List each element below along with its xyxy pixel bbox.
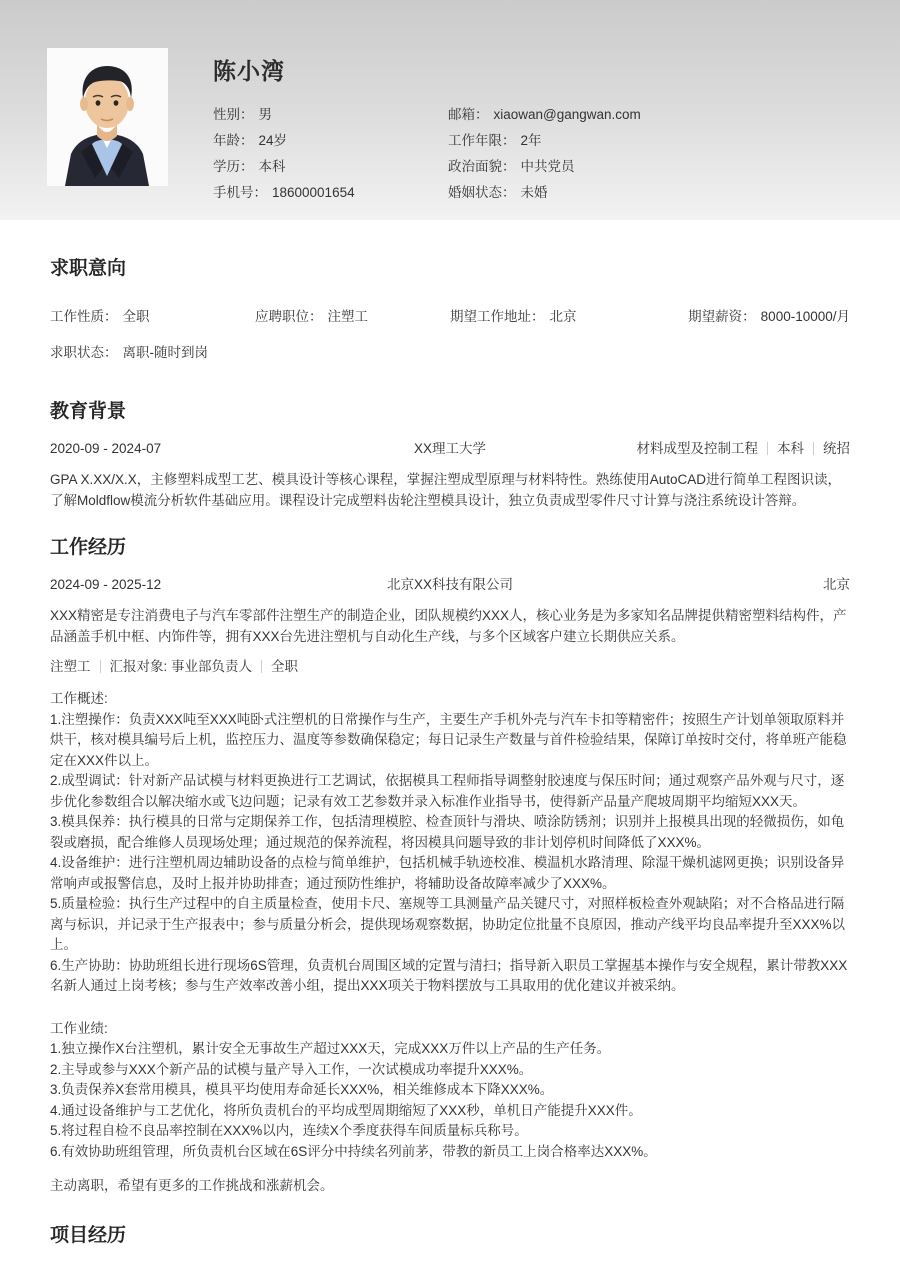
work-period: 2024-09 - 2025-12 [50,576,290,593]
field-label: 政治面貌： [448,159,516,174]
resume-page: 陈小湾 性别：男 邮箱：xiaowan@gangwan.com 年龄：24岁 工… [0,0,900,1275]
work-overview-item: 6.生产协助：协助班组长进行现场6S管理，负责机台周围区域的定置与清扫；指导新入… [50,956,850,997]
work-achievement-item: 5.将过程自检不良品率控制在XXX%以内，连续X个季度获得车间质量标兵称号。 [50,1121,850,1142]
field-value: 18600001654 [272,185,355,200]
field-label: 手机号： [213,185,267,200]
work-overview-item: 1.注塑操作：负责XXX吨至XXX吨卧式注塑机的日常操作与生产，主要生产手机外壳… [50,710,850,772]
field-value: 全职 [123,309,150,324]
divider [261,660,262,673]
section-title-work: 工作经历 [50,535,850,561]
field-value: 24岁 [259,133,288,148]
field-degree: 学历：本科 [213,158,448,175]
resume-header: 陈小湾 性别：男 邮箱：xiaowan@gangwan.com 年龄：24岁 工… [0,0,900,220]
header-fields: 性别：男 邮箱：xiaowan@gangwan.com 年龄：24岁 工作年限：… [213,106,850,201]
work-overview: 工作概述: 1.注塑操作：负责XXX吨至XXX吨卧式注塑机的日常操作与生产，主要… [50,689,850,997]
field-target-location: 期望工作地址：北京 [450,308,675,325]
divider [100,660,101,673]
field-value: 本科 [259,159,286,174]
job-title-line: 注塑工 汇报对象: 事业部负责人 全职 [50,658,850,675]
field-value: 中共党员 [521,159,575,174]
field-value: 8000-10000/月 [761,309,850,324]
section-education: 教育背景 2020-09 - 2024-07 XX理工大学 材料成型及控制工程 … [50,399,850,511]
field-label: 期望薪资： [688,309,756,324]
work-achievement-item: 6.有效协助班组管理，所负责机台区域在6S评分中持续名列前茅，带教的新员工上岗合… [50,1142,850,1163]
work-location: 北京 [610,576,850,593]
field-value: 男 [259,107,273,122]
work-overview-item: 5.质量检验：执行生产过程中的自主质量检查，使用卡尺、塞规等工具测量产品关键尺寸… [50,894,850,956]
header-info: 陈小湾 性别：男 邮箱：xiaowan@gangwan.com 年龄：24岁 工… [213,53,850,201]
field-label: 期望工作地址： [450,309,545,324]
education-degree: 本科 [777,440,804,457]
education-qualifications: 材料成型及控制工程 本科 统招 [610,440,850,457]
work-achievement-item: 4.通过设备维护与工艺优化，将所负责机台的平均成型周期缩短了XXX秒，单机日产能… [50,1101,850,1122]
field-expected-salary: 期望薪资：8000-10000/月 [675,308,850,325]
work-achievement-item: 2.主导或参与XXX个新产品的试模与量产导入工作，一次试模成功率提升XXX%。 [50,1060,850,1081]
work-overview-item: 3.模具保养：执行模具的日常与定期保养工作，包括清理模腔、检查顶针与滑块、喷涂防… [50,812,850,853]
company-intro: XXX精密是专注消费电子与汽车零部件注塑生产的制造企业，团队规模约XXX人，核心… [50,606,850,647]
field-phone: 手机号：18600001654 [213,184,448,201]
field-value: 2年 [521,133,542,148]
resume-body: 求职意向 工作性质：全职 应聘职位：注塑工 期望工作地址：北京 期望薪资：800… [0,256,900,1249]
work-job-type: 全职 [271,658,298,675]
field-gender: 性别：男 [213,106,448,123]
field-label: 性别： [213,107,254,122]
education-row: 2020-09 - 2024-07 XX理工大学 材料成型及控制工程 本科 统招 [50,440,850,457]
work-position: 注塑工 [50,658,91,675]
field-political-status: 政治面貌：中共党员 [448,158,850,175]
field-label: 工作性质： [50,309,118,324]
field-label: 学历： [213,159,254,174]
candidate-name: 陈小湾 [213,53,850,86]
divider [767,442,768,455]
education-enroll-type: 统招 [823,440,850,457]
profile-photo [47,48,168,186]
section-title-project: 项目经历 [50,1223,850,1249]
section-work-experience: 工作经历 2024-09 - 2025-12 北京XX科技有限公司 北京 XXX… [50,535,850,1197]
work-achievements: 工作业绩: 1.独立操作X台注塑机，累计安全无事故生产超过XXX天，完成XXX万… [50,1019,850,1163]
field-target-position: 应聘职位：注塑工 [255,308,450,325]
field-job-nature: 工作性质：全职 [50,308,255,325]
work-achievements-title: 工作业绩: [50,1019,850,1040]
field-label: 年龄： [213,133,254,148]
education-major: 材料成型及控制工程 [637,440,759,457]
section-title-job-intent: 求职意向 [50,256,850,282]
work-achievement-item: 3.负责保养X套常用模具，模具平均使用寿命延长XXX%，相关维修成本下降XXX%… [50,1080,850,1101]
field-value: xiaowan@gangwan.com [494,107,641,122]
work-row: 2024-09 - 2025-12 北京XX科技有限公司 北京 [50,576,850,593]
job-intent-row: 工作性质：全职 应聘职位：注塑工 期望工作地址：北京 期望薪资：8000-100… [50,308,850,325]
leave-reason: 主动离职，希望有更多的工作挑战和涨薪机会。 [50,1176,850,1197]
work-overview-title: 工作概述: [50,689,850,710]
field-value: 未婚 [521,185,548,200]
education-school: XX理工大学 [290,440,610,457]
work-achievement-item: 1.独立操作X台注塑机，累计安全无事故生产超过XXX天，完成XXX万件以上产品的… [50,1039,850,1060]
education-description: GPA X.XX/X.X，主修塑料成型工艺、模具设计等核心课程，掌握注塑成型原理… [50,470,850,511]
field-email: 邮箱：xiaowan@gangwan.com [448,106,850,123]
field-marital-status: 婚姻状态：未婚 [448,184,850,201]
field-label: 工作年限： [448,133,516,148]
field-label: 邮箱： [448,107,489,122]
field-label: 婚姻状态： [448,185,516,200]
portrait-illustration [47,48,168,186]
field-value: 离职-随时到岗 [123,345,209,360]
field-age: 年龄：24岁 [213,132,448,149]
field-label: 应聘职位： [255,309,323,324]
education-period: 2020-09 - 2024-07 [50,440,290,457]
field-value: 注塑工 [328,309,369,324]
section-job-intent: 求职意向 工作性质：全职 应聘职位：注塑工 期望工作地址：北京 期望薪资：800… [50,256,850,361]
field-value: 北京 [550,309,577,324]
section-project-experience: 项目经历 [50,1223,850,1249]
field-label: 求职状态： [50,345,118,360]
work-company: 北京XX科技有限公司 [290,576,610,593]
work-overview-item: 2.成型调试：针对新产品试模与材料更换进行工艺调试，依据模具工程师指导调整射胶速… [50,771,850,812]
divider [813,442,814,455]
section-title-education: 教育背景 [50,399,850,425]
work-report-to: 汇报对象: 事业部负责人 [110,658,253,675]
field-experience-years: 工作年限：2年 [448,132,850,149]
field-job-status: 求职状态：离职-随时到岗 [50,344,850,361]
work-overview-item: 4.设备维护：进行注塑机周边辅助设备的点检与简单维护，包括机械手轨迹校准、模温机… [50,853,850,894]
